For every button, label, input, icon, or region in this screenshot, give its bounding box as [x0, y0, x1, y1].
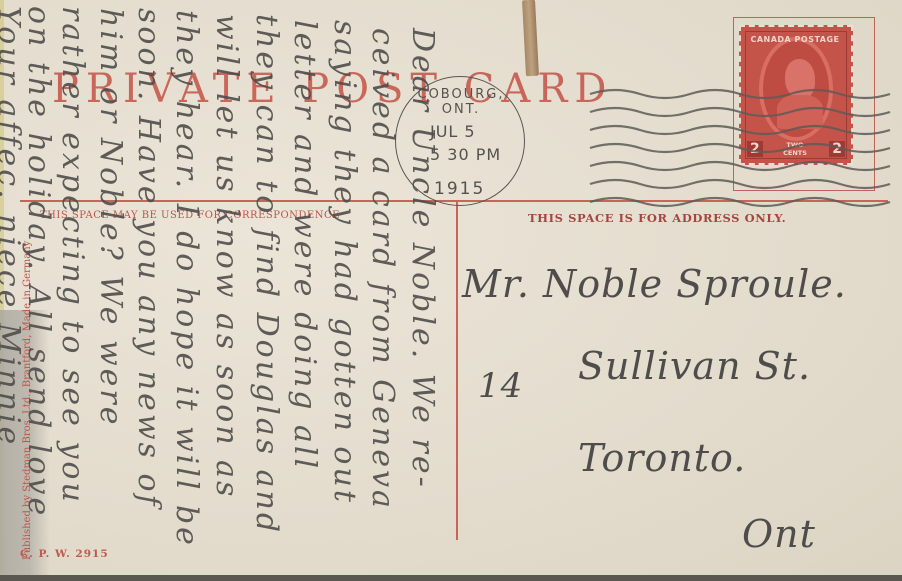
message-line: they hear. I do hope it will be	[169, 10, 204, 548]
message-line: letter and were doing all	[287, 20, 322, 471]
postage-stamp: CANADA POSTAGE 2 TWO CENTS 2	[739, 25, 853, 165]
stamp-value-line1: TWO	[777, 141, 813, 149]
message-line: on the holiday. All send love	[21, 6, 56, 518]
address-street: Sullivan St.	[578, 344, 811, 388]
message-line: saying they had gotten out	[327, 20, 362, 505]
stamp-denomination-left: 2	[747, 141, 763, 157]
address-province: Ont	[742, 512, 816, 556]
message-line: soon. Have you any news of	[131, 8, 166, 509]
stamp-denomination-right: 2	[829, 141, 845, 157]
postmark-year: 1915	[434, 179, 485, 199]
stamp-value: TWO CENTS	[777, 141, 813, 157]
message-line: him or Noble? We were	[93, 8, 128, 428]
card-bottom-edge	[0, 575, 902, 581]
address-city: Toronto.	[578, 436, 746, 480]
address-number: 14	[478, 366, 523, 406]
message-line: rather expecting to see you	[55, 6, 90, 505]
catalog-number: C. P. W. 2915	[20, 548, 109, 560]
message-line: will let us know as soon as	[209, 14, 244, 499]
stamp-country: CANADA POSTAGE	[747, 35, 843, 44]
divider-vertical	[456, 200, 458, 540]
king-portrait-icon	[785, 59, 815, 99]
message-line: ceived a card from Geneva	[365, 28, 400, 511]
message-line: Your affec. niece Minnie	[0, 6, 26, 447]
postcard-back: PRIVATE POST CARD THIS SPACE MAY BE USED…	[0, 0, 902, 581]
address-label: THIS SPACE IS FOR ADDRESS ONLY.	[528, 211, 786, 225]
address-name: Mr. Noble Sproule.	[462, 262, 847, 306]
tape-remnant	[522, 0, 539, 76]
stamp-value-line2: CENTS	[777, 149, 813, 157]
stamp-portrait-oval	[759, 37, 833, 141]
king-uniform-icon	[777, 95, 823, 129]
message-line: they can to find Douglas and	[249, 14, 284, 535]
message-line: Dear Uncle Noble. We re-	[405, 28, 440, 490]
postmark-time: 5 30 PM	[430, 145, 501, 164]
